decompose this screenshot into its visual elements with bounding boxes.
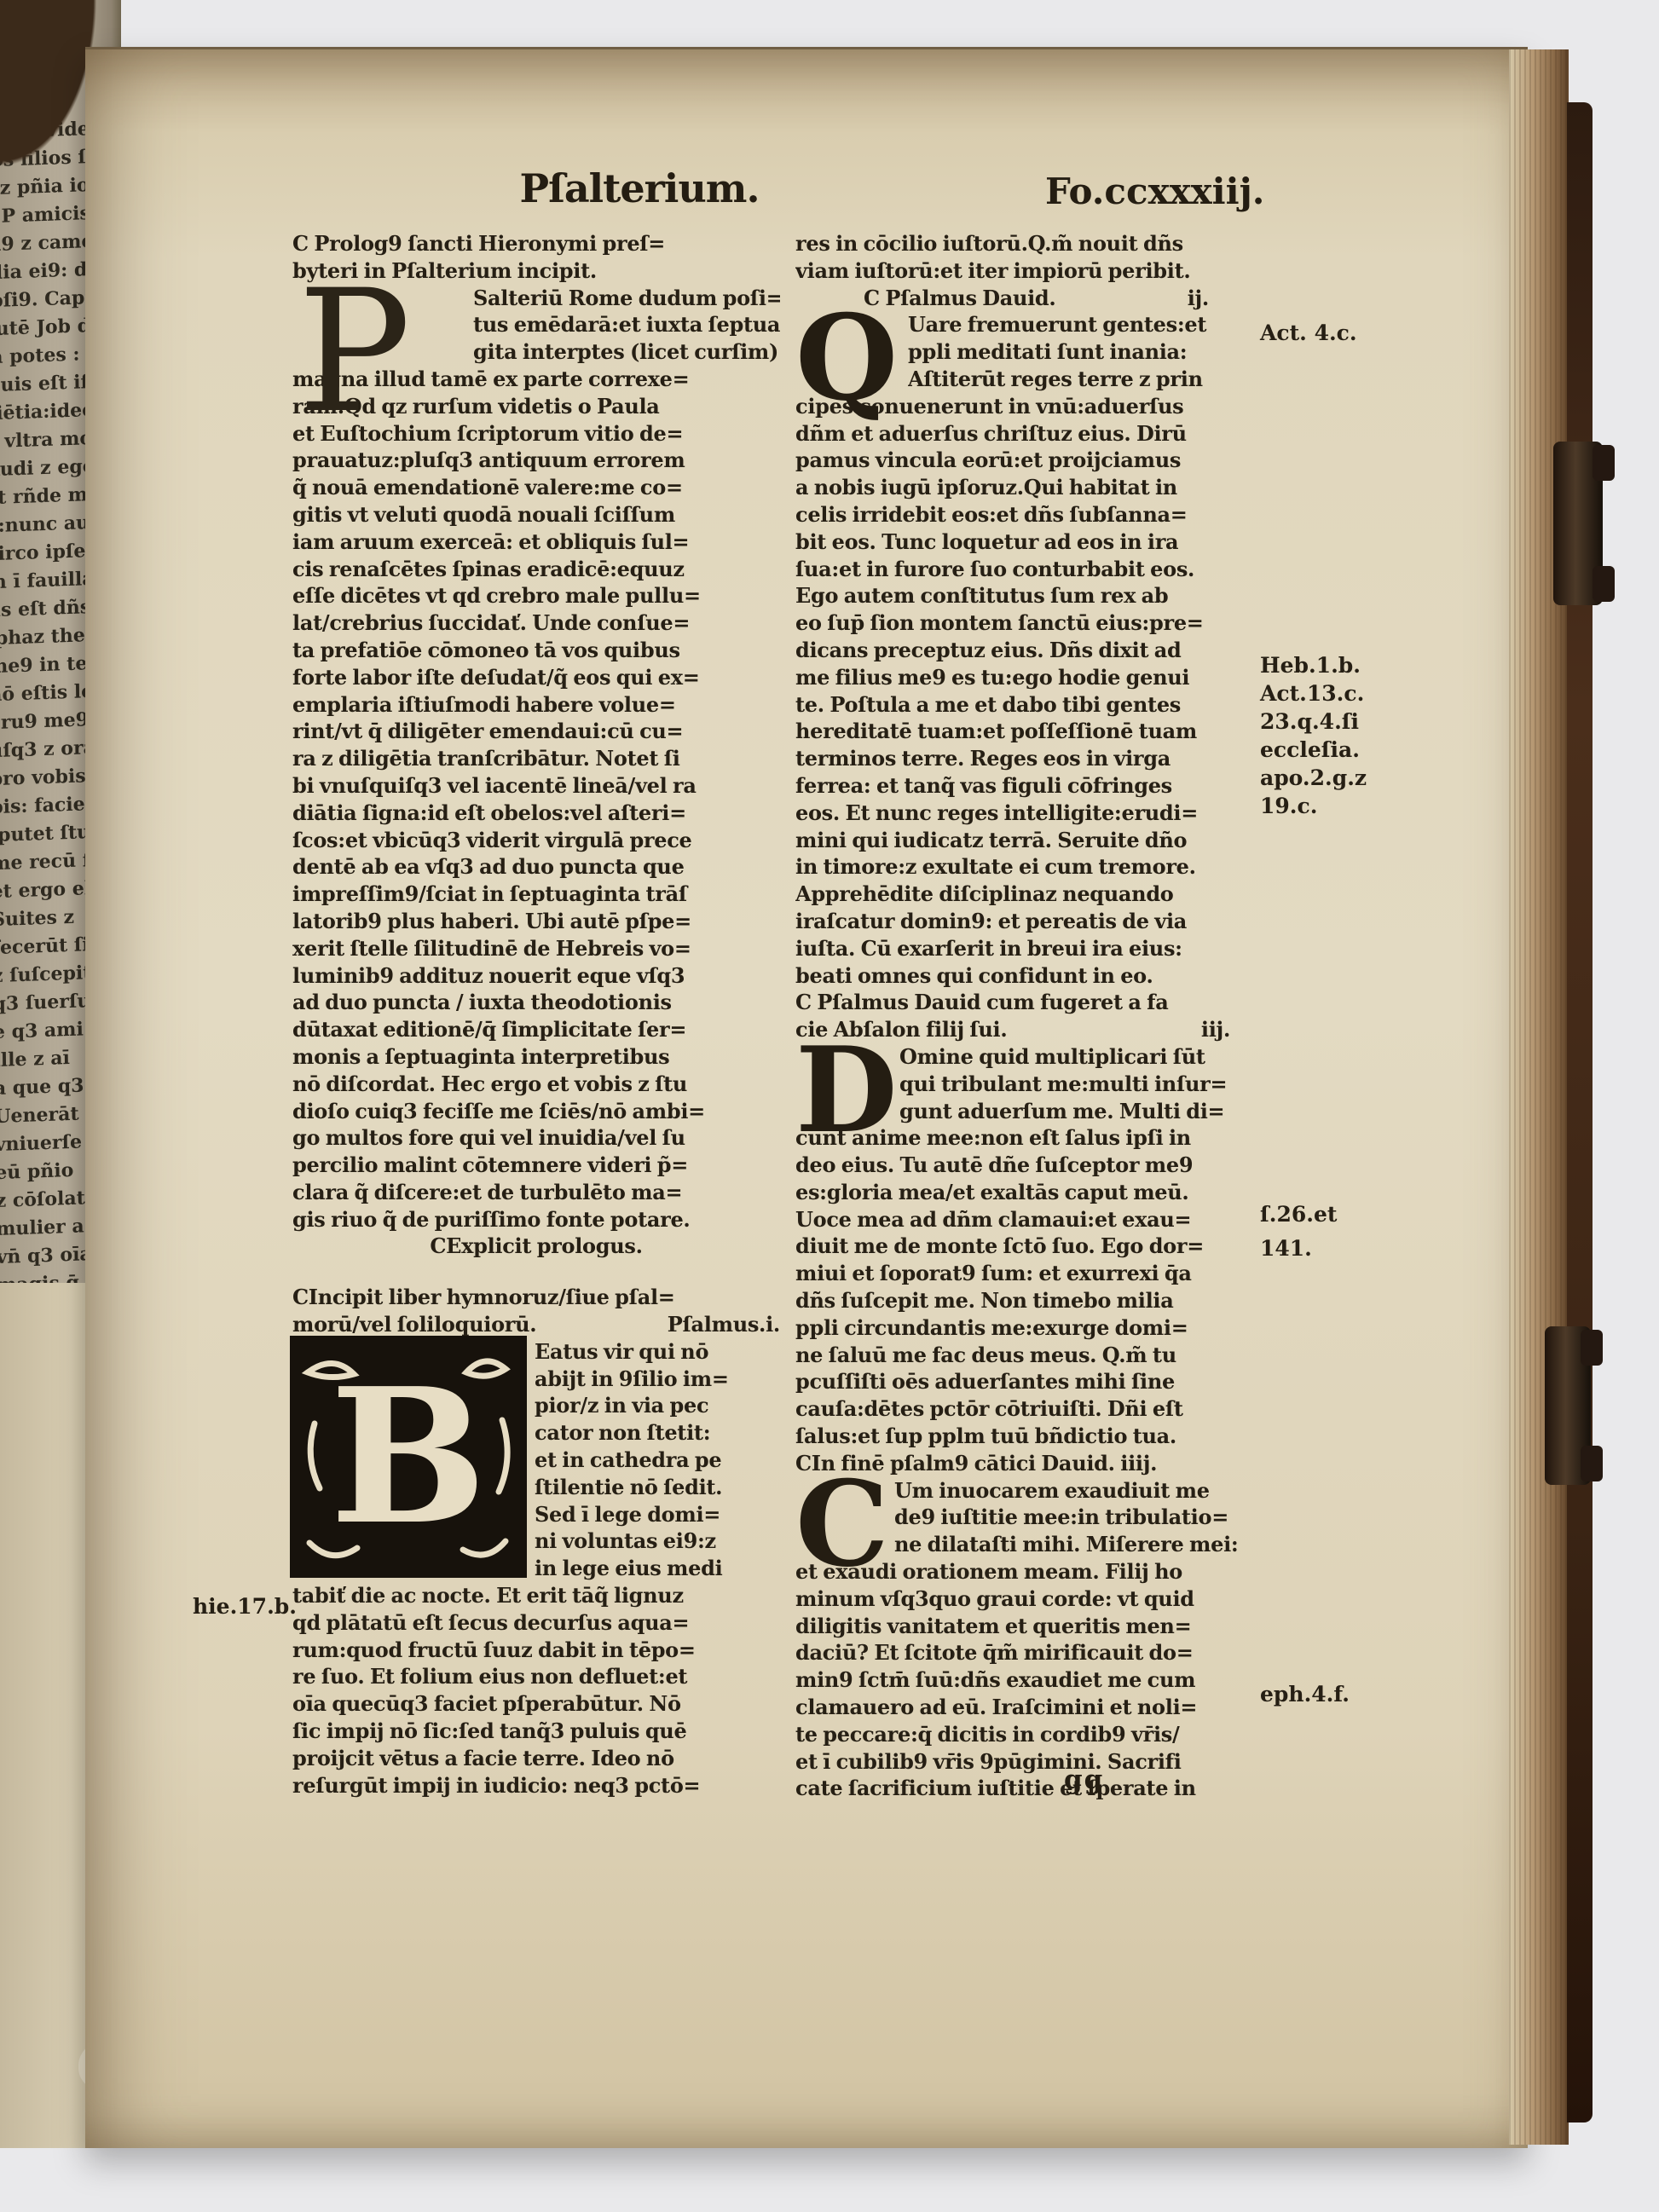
psalm-1-label: Pſalmus.i. xyxy=(668,1311,780,1338)
text-line: lat/crebrius ſuccidať. Unde conſue= xyxy=(292,609,780,637)
text-line: Uare fremuerunt gentes:et xyxy=(908,311,1256,338)
incipit-line: CIncipit liber hymnoruz/ſiue pſal= xyxy=(292,1284,780,1311)
text-line: dūtaxat editionē/q̄ ſimplicitate ſer= xyxy=(292,1016,780,1043)
text-line: luminib9 addituz nouerit eque vſq3 xyxy=(292,962,780,990)
text-line: beati omnes qui confidunt in eo. xyxy=(795,962,1256,990)
text-line: rum:quod fructū ſuuz dabit in tēpo= xyxy=(292,1637,780,1664)
text-line: prauatuz:pluſq3 antiquum errorem xyxy=(292,447,780,474)
text-line: latorib9 plus haberi. Ubi autē pſpe= xyxy=(292,908,780,935)
text-line: mini qui iudicatz terrā. Seruite dño xyxy=(795,827,1256,854)
text-line: rint/vt q̄ diligēter emendaui:cū cu= xyxy=(292,718,780,745)
clasp-upper xyxy=(1553,442,1603,605)
text-line: tus emēdarā:et iuxta ſeptua= xyxy=(473,311,780,338)
text-line: nō diſcordat. Hec ergo et vobis z ſtu xyxy=(292,1071,780,1098)
text-line: diuit me de monte ſctō ſuo. Ego dor= xyxy=(795,1233,1256,1260)
clasp-tab xyxy=(1581,1330,1603,1366)
text-line: Uoce mea ad dñm clamaui:et exau= xyxy=(795,1206,1256,1233)
left-text-column: C Prolog9 ſancti Hieronymi preſ=byteri i… xyxy=(292,230,780,1799)
text-line: cis renaſcētes ſpinas eradicē:equuz xyxy=(292,556,780,583)
text-line: Aſtiterūt reges terre z prin xyxy=(908,366,1256,393)
text-line: a nobis iugū ipſoruz.Qui habitat in xyxy=(795,474,1256,501)
text-line: dioſo cuiq3 feciſſe me ſciēs/nō ambi= xyxy=(292,1098,780,1125)
paragraph-gap xyxy=(292,1260,780,1284)
text-line: cator non ſtetit: xyxy=(535,1419,780,1447)
incipit-left: morū/vel ſoliloquiorū. xyxy=(292,1311,536,1338)
text-line: Eatus vir qui nō xyxy=(535,1338,780,1366)
margin-note: eccleſia. xyxy=(1260,737,1360,762)
text-line: eos. Et nunc reges intelligite:erudi= xyxy=(795,800,1256,827)
margin-note: Act. 4.c. xyxy=(1260,321,1357,345)
psalm-2-number: ij. xyxy=(1188,285,1209,312)
text-line: ſcos:et vbicūq3 viderit virgulā prece xyxy=(292,827,780,854)
text-line: ppli circundantis me:exurge domi= xyxy=(795,1314,1256,1342)
photo-background: blime videt: ipſe ilros filios ſuperbie.… xyxy=(0,0,1659,2212)
text-line: abijt in 9ſilio im= xyxy=(535,1366,780,1393)
text-line: reſurgūt impij in iudicio: neq3 pctō= xyxy=(292,1772,780,1799)
psalm-1-continuation: res in cōcilio iuſtorū.Q.m̃ nouit dñsvia… xyxy=(795,230,1256,285)
text-line: ſua:et in furore ſuo conturbabit eos. xyxy=(795,556,1256,583)
main-page: Pſalterium. Fo.ccxxxiij. C Prolog9 ſanct… xyxy=(85,47,1528,2148)
text-line: re ſuo. Et folium eius non defluet:et xyxy=(292,1663,780,1690)
text-line: ſalus:et ſup pplm tuū bñdictio tua. xyxy=(795,1423,1256,1450)
text-line: es:gloria mea/et exaltās caput meū. xyxy=(795,1179,1256,1206)
text-line: cate ſacrificium iuſtitie et ſperate in xyxy=(795,1775,1256,1802)
signature-mark: gg xyxy=(1064,1764,1104,1795)
text-line: clamauero ad eū. Iraſcimini et noli= xyxy=(795,1694,1256,1721)
text-line: percilio malint cōtemnere videri p̃= xyxy=(292,1152,780,1179)
text-line: min9 ſctm̄ ſuū:dñs exaudiet me cum xyxy=(795,1666,1256,1694)
text-line: iraſcatur domin9: et pereatis de via xyxy=(795,908,1256,935)
text-line: in lege eius medi xyxy=(535,1555,780,1582)
text-line: iam aruum exerceā: et obliquis ſul= xyxy=(292,528,780,556)
psalm-4-paragraph: C Um inuocarem exaudiuit mede9 iuſtitie … xyxy=(795,1477,1256,1803)
incipit-line-2: morū/vel ſoliloquiorū. Pſalmus.i. xyxy=(292,1311,780,1338)
text-line: xerit ſtelle ſilitudinē de Hebreis vo= xyxy=(292,935,780,962)
initial-letter: P xyxy=(298,268,411,436)
text-line: et in cathedra pe xyxy=(535,1447,780,1474)
right-text-column: res in cōcilio iuſtorū.Q.m̃ nouit dñsvia… xyxy=(795,230,1256,1802)
psalm-3-number: iij. xyxy=(1201,1016,1230,1043)
text-line: impreſſim9/ſciat in ſeptuaginta trāſ xyxy=(292,881,780,908)
woodcut-initial-b: B xyxy=(292,1338,524,1575)
text-line: Omine quid multiplicari ſūt xyxy=(899,1043,1256,1071)
text-line: hereditatē tuam:et poſſeſſionē tuam xyxy=(795,718,1256,745)
text-line: eo ſup̄ ſion montem ſanctū eius:pre= xyxy=(795,609,1256,637)
text-line: qd plātatū eſt ſecus decurſus aqua= xyxy=(292,1609,780,1637)
text-line: gitis vt veluti quodā nouali ſciſſum xyxy=(292,501,780,528)
margin-note: apo.2.g.z xyxy=(1260,765,1367,790)
text-line: go multos fore qui vel inuidia/vel ſu xyxy=(292,1124,780,1152)
drop-initial-p: P xyxy=(292,285,473,366)
text-line: clara q̃ diſcere:et de turbulēto ma= xyxy=(292,1179,780,1206)
text-line: et ī cubilib9 vr̄is 9pūgimini. Sacrifi xyxy=(795,1748,1256,1776)
initial-letter: D xyxy=(795,1031,898,1149)
text-line: te. Poſtula a me et dabo tibi gentes xyxy=(795,691,1256,719)
folio-number: Fo.ccxxxiij. xyxy=(1045,170,1264,212)
text-line: emplaria iſtiuſmodi habere volue= xyxy=(292,691,780,719)
text-line: Sed ī lege domi= xyxy=(535,1501,780,1528)
margin-note: ſ.26.et xyxy=(1260,1202,1337,1227)
psalm-3-paragraph: D Omine quid multiplicari ſūtqui tribula… xyxy=(795,1043,1256,1450)
text-line: ni voluntas ei9:z xyxy=(535,1528,780,1555)
text-line: gita interptes (licet curſim) xyxy=(473,338,780,366)
text-line: celis irridebit eos:et dñs ſubſanna= xyxy=(795,501,1256,528)
text-line: de9 iuſtitie mee:in tribulatio= xyxy=(894,1504,1256,1531)
text-line: diligitis vanitatem et queritis men= xyxy=(795,1613,1256,1640)
text-line: me filius me9 es tu:ego hodie genui xyxy=(795,664,1256,691)
text-line: Apprehēdite diſciplinaz nequando xyxy=(795,881,1256,908)
text-line: forte labor iſte deſudat/q̃ eos qui ex= xyxy=(292,664,780,691)
psalm-2-paragraph: Q Uare fremuerunt gentes:etppli meditati… xyxy=(795,311,1256,989)
text-line: monis a ſeptuaginta interpretibus xyxy=(292,1043,780,1071)
text-line: tabiť die ac nocte. Et erit tāq̃ lignuz xyxy=(292,1582,780,1609)
text-line: cauſa:dētes pctōr cōtriuiſti. Dñi eſt xyxy=(795,1395,1256,1423)
text-line: dicans preceptuz eius. Dñs dixit ad xyxy=(795,637,1256,664)
psalm-3-heading-1: C Pſalmus Dauid cum fugeret a fa xyxy=(795,989,1256,1016)
text-line: terminos terre. Reges eos in virga xyxy=(795,745,1256,772)
text-line: oīa quecūq3 faciet pſperabūtur. Nō xyxy=(292,1690,780,1718)
drop-initial-c: C xyxy=(795,1477,894,1558)
text-line: Um inuocarem exaudiuit me xyxy=(894,1477,1256,1505)
text-line: dñs ſuſcepit me. Non timebo milia xyxy=(795,1287,1256,1314)
text-line: pcuſſiſti oēs aduerſantes mihi ſine xyxy=(795,1368,1256,1395)
margin-note: Act.13.c. xyxy=(1260,681,1364,706)
text-line: dentē ab ea vſq3 ad duo puncta que xyxy=(292,853,780,881)
drop-initial-d: D xyxy=(795,1043,899,1124)
prologue-paragraph: P Salteriū Rome dudum poſi=tus emēdarā:e… xyxy=(292,285,780,1233)
text-line: viam iuſtorū:et iter impiorū peribit. xyxy=(795,257,1256,285)
text-line: gunt aduerſum me. Multi di= xyxy=(899,1098,1256,1125)
text-line: eſſe dicētes vt qd crebro male pullu= xyxy=(292,582,780,609)
text-line: qui tribulant me:multi inſur= xyxy=(899,1071,1256,1098)
text-line: ppli meditati ſunt inania: xyxy=(908,338,1256,366)
text-line: ra z diligētia tranſcribātur. Notet ſi xyxy=(292,745,780,772)
text-line: diātia ſigna:id eſt obelos:vel aſteri= xyxy=(292,800,780,827)
text-line: ta prefatiōe cōmoneo tā vos quibus xyxy=(292,637,780,664)
margin-note: 141. xyxy=(1260,1236,1312,1261)
text-line: bit eos. Tunc loquetur ad eos in ira xyxy=(795,528,1256,556)
text-line: miui et ſoporat9 ſum: et exurrexi q̄a xyxy=(795,1260,1256,1287)
text-line: proijcit vētus a facie terre. Ideo nō xyxy=(292,1745,780,1772)
psalm-1-paragraph: B Eatus vir qui nōabijt in 9ſilio im=pio… xyxy=(292,1338,780,1799)
margin-note: 23.q.4.ſi xyxy=(1260,709,1359,734)
text-line: daciū? Et ſcitote q̄m̃ mirificauit do= xyxy=(795,1639,1256,1666)
text-line: ſic impij nō ſic:ſed tanq̃3 puluis quē xyxy=(292,1718,780,1745)
clasp-tab xyxy=(1593,445,1615,481)
leather-cover-edge xyxy=(1567,102,1593,2122)
text-line: bi vnuſquiſq3 vel iacentē lineā/vel ra xyxy=(292,772,780,800)
clasp-lower xyxy=(1545,1326,1591,1485)
initial-letter: B xyxy=(292,1338,524,1575)
margin-note: Heb.1.b. xyxy=(1260,653,1361,678)
text-line: q̃ nouā emendationē valere:me co= xyxy=(292,474,780,501)
text-line: Ego autem conſtitutus ſum rex ab xyxy=(795,582,1256,609)
text-line: res in cōcilio iuſtorū.Q.m̃ nouit dñs xyxy=(795,230,1256,257)
text-line: ſtilentie nō ſedit. xyxy=(535,1474,780,1501)
fore-edge-pages xyxy=(1509,49,1569,2145)
text-line: gis riuo q̃ de puriſſimo fonte potare. xyxy=(292,1206,780,1233)
left-margin-note: hie.17.b. xyxy=(193,1594,297,1619)
margin-note: eph.4.f. xyxy=(1260,1682,1350,1707)
running-title: Pſalterium. xyxy=(486,165,793,211)
explicit-line: CExplicit prologus. xyxy=(292,1233,780,1260)
clasp-tab xyxy=(1593,566,1615,602)
text-line: pior/z in via pec xyxy=(535,1392,780,1419)
text-line: in timore:z exultate ei cum tremore. xyxy=(795,853,1256,881)
clasp-tab xyxy=(1581,1446,1603,1481)
text-line: iuſta. Cū exarſerit in breui ira eius: xyxy=(795,935,1256,962)
text-line: pamus vincula eorū:et proijciamus xyxy=(795,447,1256,474)
initial-letter: C xyxy=(795,1465,889,1583)
margin-note: 19.c. xyxy=(1260,794,1317,818)
text-line: ad duo puncta / iuxta theodotionis xyxy=(292,989,780,1016)
text-line: ne dilataſti mihi. Miſerere mei: xyxy=(894,1531,1256,1558)
text-line: te peccare:q̄ dicitis in cordib9 vr̄is/ xyxy=(795,1721,1256,1748)
initial-letter: Q xyxy=(795,299,898,417)
text-line: Salteriū Rome dudum poſi= xyxy=(473,285,780,312)
text-line: ne ſaluū me fac deus meus. Q.m̃ tu xyxy=(795,1342,1256,1369)
text-line: ferrea: et tanq̃ vas figuli cōfringes xyxy=(795,772,1256,800)
drop-initial-q: Q xyxy=(795,311,908,392)
